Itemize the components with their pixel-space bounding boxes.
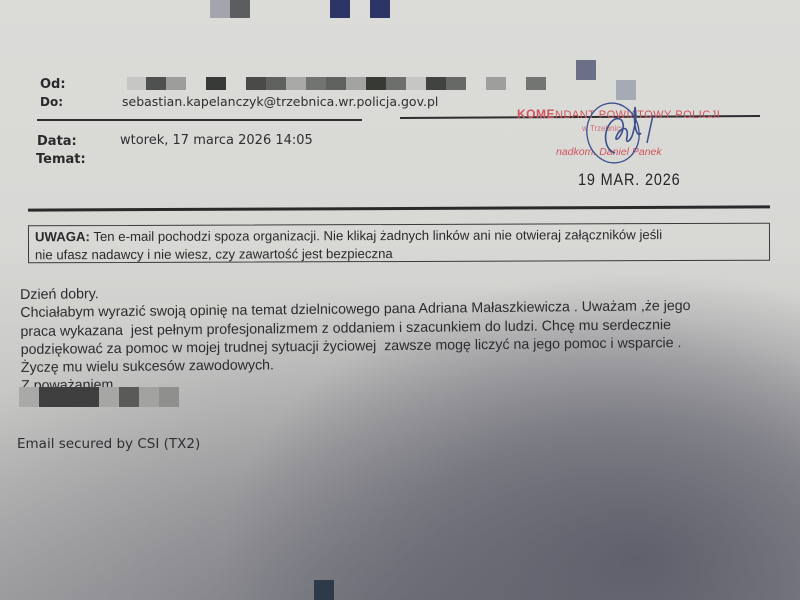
from-label: Od:	[40, 77, 66, 92]
email-body: Dzień dobry. Chciałabym wyrazić swoją op…	[20, 278, 781, 396]
redaction-block	[576, 60, 596, 80]
signature-redacted	[19, 387, 189, 407]
footer-security-note: Email secured by CSI (TX2)	[17, 436, 200, 452]
header-divider	[37, 119, 362, 121]
to-label: Do:	[40, 95, 63, 109]
from-redacted	[123, 77, 553, 91]
stamp-title-prefix: KOME	[517, 107, 555, 121]
date-value: wtorek, 17 marca 2026 14:05	[120, 133, 313, 148]
redaction-block	[230, 0, 250, 18]
date-label: Data:	[37, 134, 77, 149]
redaction-block	[314, 580, 334, 600]
redaction-block	[330, 0, 350, 18]
signature-icon	[575, 95, 670, 170]
redaction-block	[370, 0, 390, 18]
warning-line2: nie ufasz nadawcy i nie wiesz, czy zawar…	[35, 244, 763, 265]
redaction-block	[210, 0, 230, 18]
external-email-warning: UWAGA: Ten e-mail pochodzi spoza organiz…	[28, 223, 770, 264]
received-date-stamp: 19 MAR. 2026	[578, 170, 681, 190]
to-email: sebastian.kapelanczyk@trzebnica.wr.polic…	[122, 94, 438, 109]
warning-line1: Ten e-mail pochodzi spoza organizacji. N…	[90, 227, 662, 244]
redaction-block	[350, 0, 370, 18]
subject-label: Temat:	[36, 152, 86, 167]
warning-label: UWAGA:	[35, 229, 90, 244]
